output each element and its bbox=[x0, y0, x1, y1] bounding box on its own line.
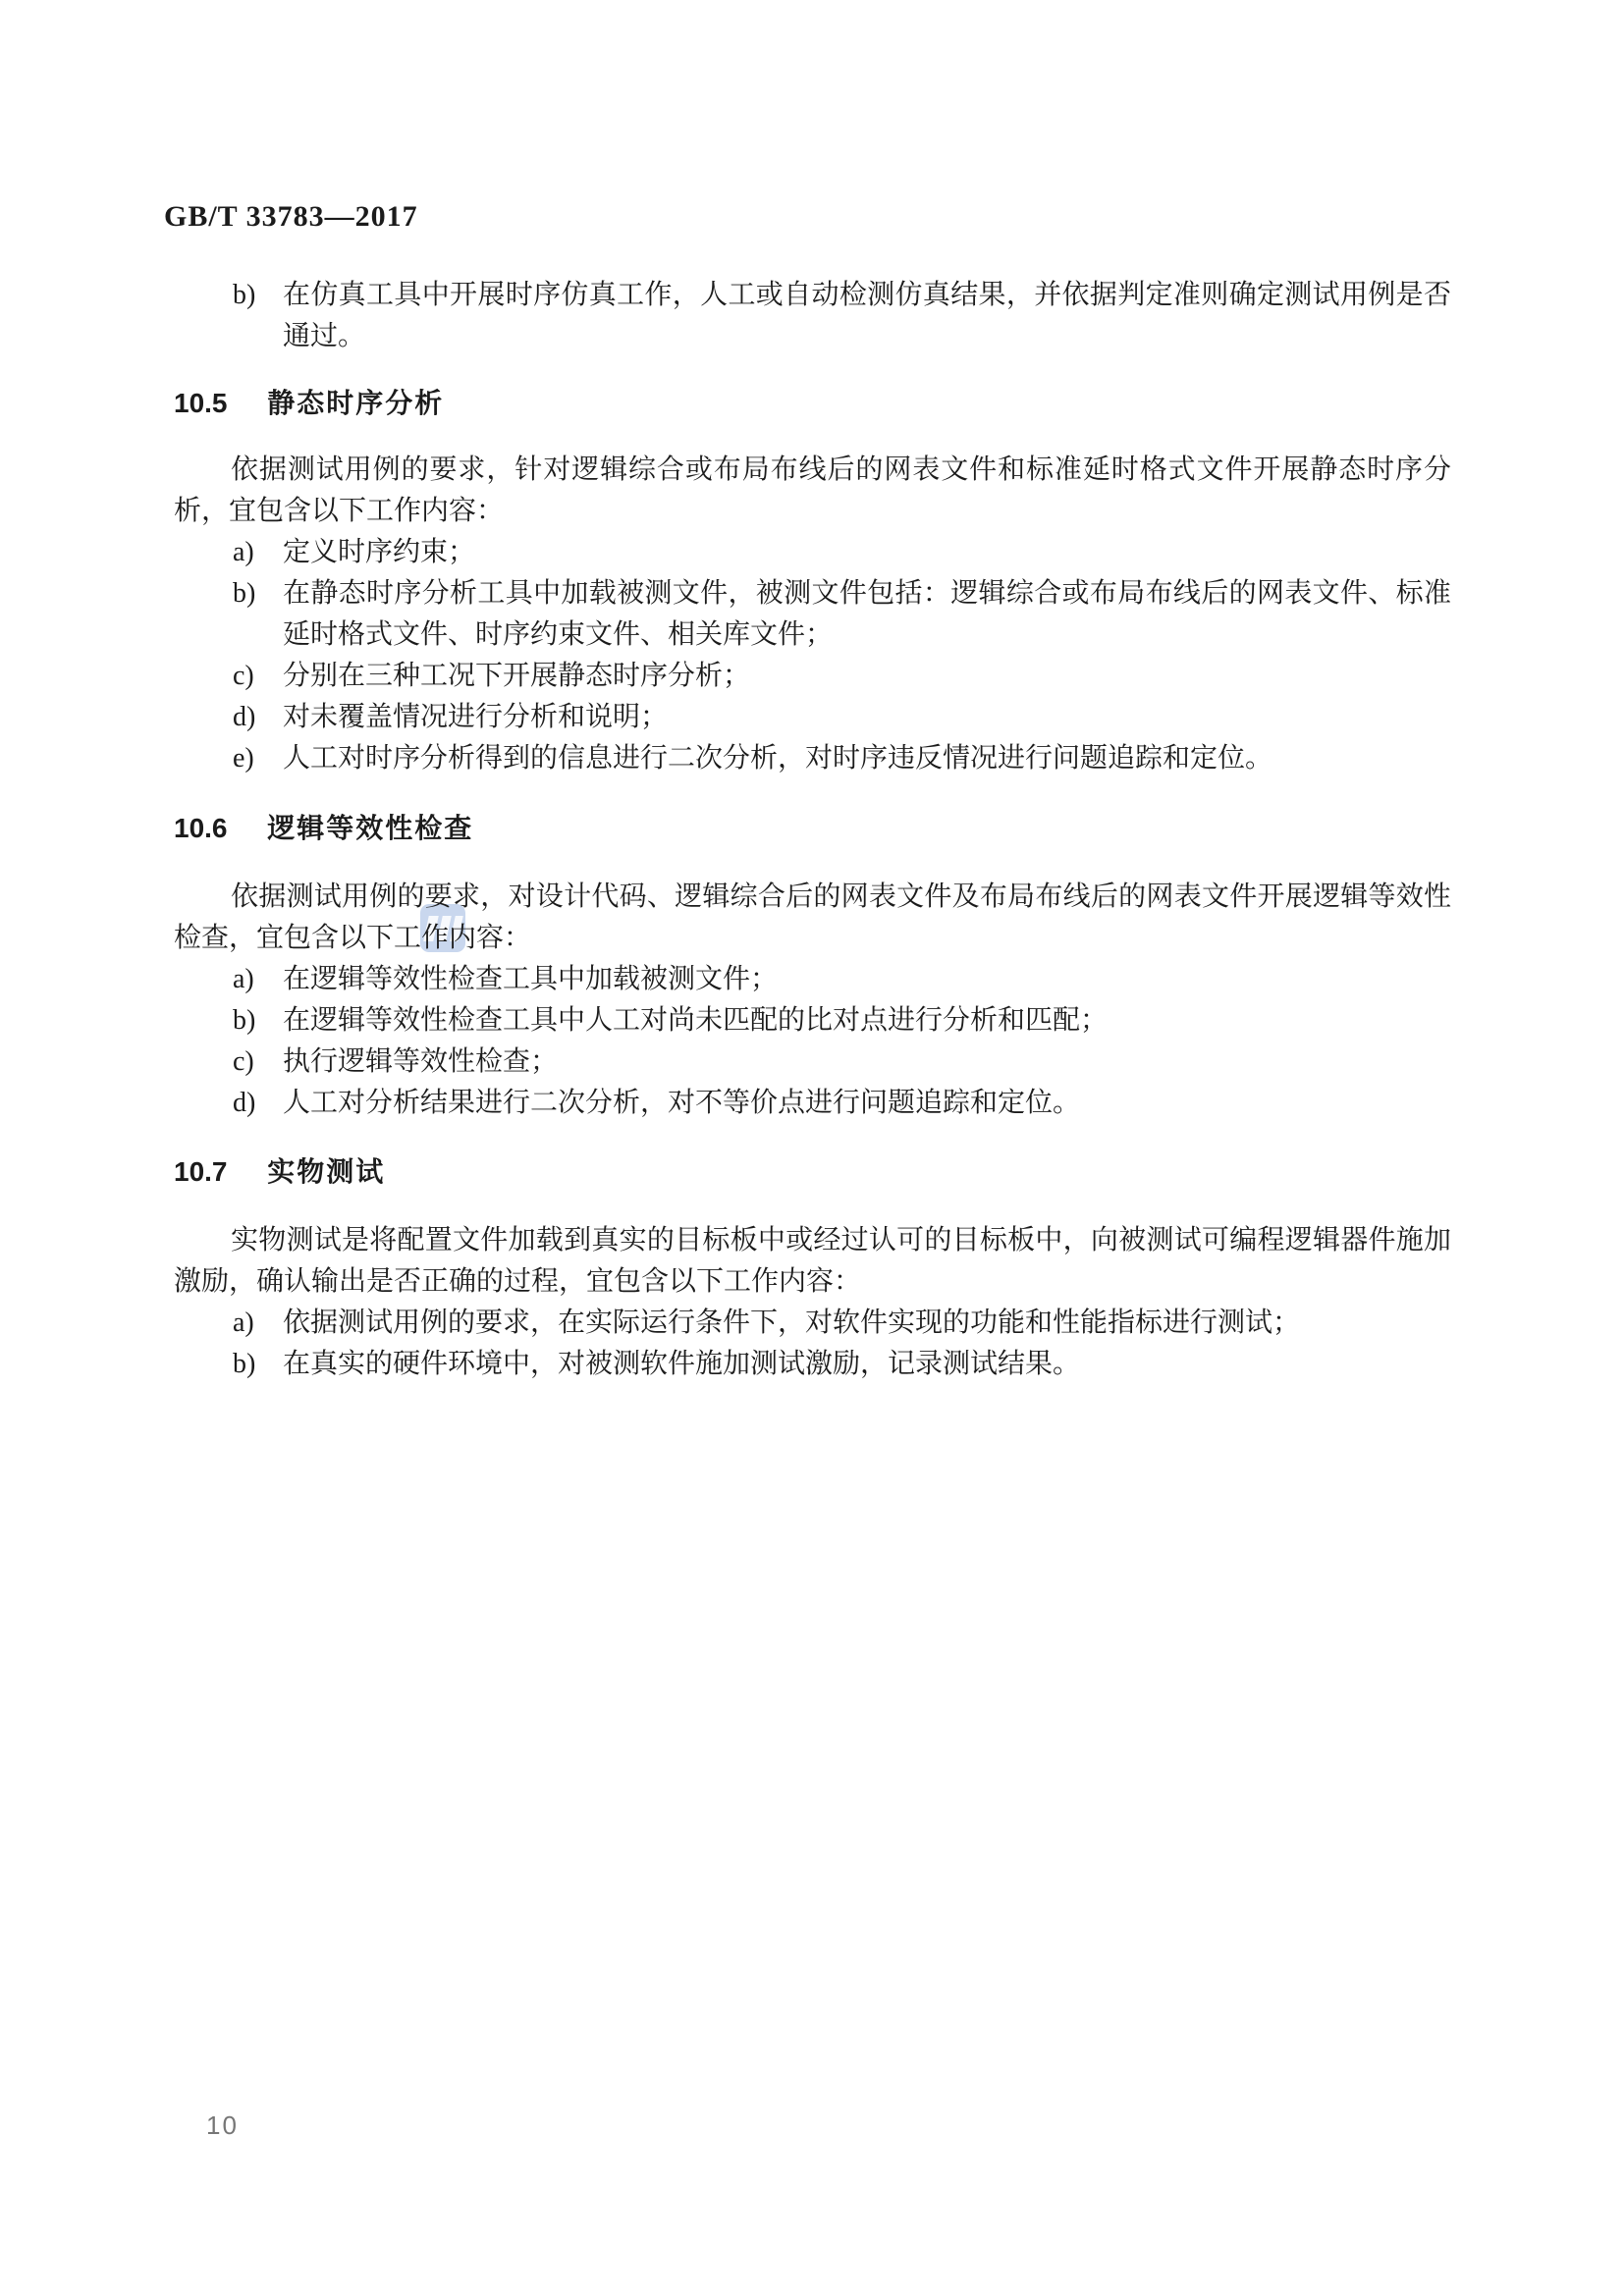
list-item: a) 在逻辑等效性检查工具中加载被测文件； bbox=[174, 959, 1451, 1000]
list-item-text: 在逻辑等效性检查工具中加载被测文件； bbox=[283, 964, 778, 994]
list-item-label: a) bbox=[233, 1303, 254, 1344]
section-title: 逻辑等效性检查 bbox=[267, 808, 473, 849]
list-item-label: c) bbox=[233, 656, 254, 697]
page-content: GB/T 33783—2017 b) 在仿真工具中开展时序仿真工作，人工或自动检… bbox=[174, 196, 1451, 1385]
list-item-label: a) bbox=[233, 532, 254, 573]
section-heading-10-7: 10.7 实物测试 bbox=[174, 1151, 1451, 1193]
page-number: 10 bbox=[206, 2110, 239, 2140]
list-item-text: 在静态时序分析工具中加载被测文件，被测文件包括：逻辑综合或布局布线后的网表文件、… bbox=[283, 578, 1451, 650]
list-item-text: 在真实的硬件环境中，对被测软件施加测试激励，记录测试结果。 bbox=[283, 1349, 1080, 1379]
list-item: a) 定义时序约束； bbox=[174, 532, 1451, 573]
section-title: 实物测试 bbox=[267, 1151, 385, 1193]
list-item-label: e) bbox=[233, 738, 254, 779]
list-item: c) 执行逻辑等效性检查； bbox=[174, 1041, 1451, 1083]
section-paragraph: 依据测试用例的要求，针对逻辑综合或布局布线后的网表文件和标准延时格式文件开展静态… bbox=[174, 450, 1451, 532]
section-number: 10.7 bbox=[174, 1151, 228, 1193]
list-item: b) 在仿真工具中开展时序仿真工作，人工或自动检测仿真结果，并依据判定准则确定测… bbox=[174, 275, 1451, 357]
section-number: 10.6 bbox=[174, 808, 228, 849]
section-heading-10-5: 10.5 静态时序分析 bbox=[174, 383, 1451, 424]
list-item-text: 分别在三种工况下开展静态时序分析； bbox=[283, 661, 750, 691]
list-item-text: 在逻辑等效性检查工具中人工对尚未匹配的比对点进行分析和匹配； bbox=[283, 1005, 1108, 1036]
list-item: a) 依据测试用例的要求，在实际运行条件下，对软件实现的功能和性能指标进行测试； bbox=[174, 1303, 1451, 1344]
section-paragraph: 实物测试是将配置文件加载到真实的目标板中或经过认可的目标板中，向被测试可编程逻辑… bbox=[174, 1220, 1451, 1303]
document-page: GB/T 33783—2017 b) 在仿真工具中开展时序仿真工作，人工或自动检… bbox=[0, 0, 1624, 2296]
list-item: d) 对未覆盖情况进行分析和说明； bbox=[174, 697, 1451, 738]
list-item-label: b) bbox=[233, 275, 255, 316]
list-item-label: d) bbox=[233, 1083, 255, 1124]
list-item-text: 执行逻辑等效性检查； bbox=[283, 1046, 558, 1077]
list-item-text: 在仿真工具中开展时序仿真工作，人工或自动检测仿真结果，并依据判定准则确定测试用例… bbox=[283, 280, 1451, 351]
section-paragraph: 依据测试用例的要求，对设计代码、逻辑综合后的网表文件及布局布线后的网表文件开展逻… bbox=[174, 877, 1451, 959]
list-item-label: b) bbox=[233, 1000, 255, 1041]
list-item: d) 人工对分析结果进行二次分析，对不等价点进行问题追踪和定位。 bbox=[174, 1083, 1451, 1124]
list-item-text: 依据测试用例的要求，在实际运行条件下，对软件实现的功能和性能指标进行测试； bbox=[283, 1308, 1300, 1338]
list-item-text: 人工对分析结果进行二次分析，对不等价点进行问题追踪和定位。 bbox=[283, 1088, 1080, 1118]
list-item-label: d) bbox=[233, 697, 255, 738]
section-number: 10.5 bbox=[174, 383, 228, 424]
list-item: c) 分别在三种工况下开展静态时序分析； bbox=[174, 656, 1451, 697]
list-item-label: a) bbox=[233, 959, 254, 1000]
section-heading-10-6: 10.6 逻辑等效性检查 bbox=[174, 808, 1451, 849]
list-item-label: c) bbox=[233, 1041, 254, 1083]
list-item: b) 在真实的硬件环境中，对被测软件施加测试激励，记录测试结果。 bbox=[174, 1344, 1451, 1385]
list-item: b) 在静态时序分析工具中加载被测文件，被测文件包括：逻辑综合或布局布线后的网表… bbox=[174, 573, 1451, 656]
standard-number-header: GB/T 33783—2017 bbox=[164, 196, 1451, 238]
list-item-label: b) bbox=[233, 1344, 255, 1385]
list-item-label: b) bbox=[233, 573, 255, 614]
list-item: b) 在逻辑等效性检查工具中人工对尚未匹配的比对点进行分析和匹配； bbox=[174, 1000, 1451, 1041]
list-item: e) 人工对时序分析得到的信息进行二次分析，对时序违反情况进行问题追踪和定位。 bbox=[174, 738, 1451, 779]
section-title: 静态时序分析 bbox=[267, 383, 444, 424]
list-item-text: 定义时序约束； bbox=[283, 537, 475, 567]
list-item-text: 人工对时序分析得到的信息进行二次分析，对时序违反情况进行问题追踪和定位。 bbox=[283, 743, 1272, 774]
list-item-text: 对未覆盖情况进行分析和说明； bbox=[283, 702, 668, 732]
